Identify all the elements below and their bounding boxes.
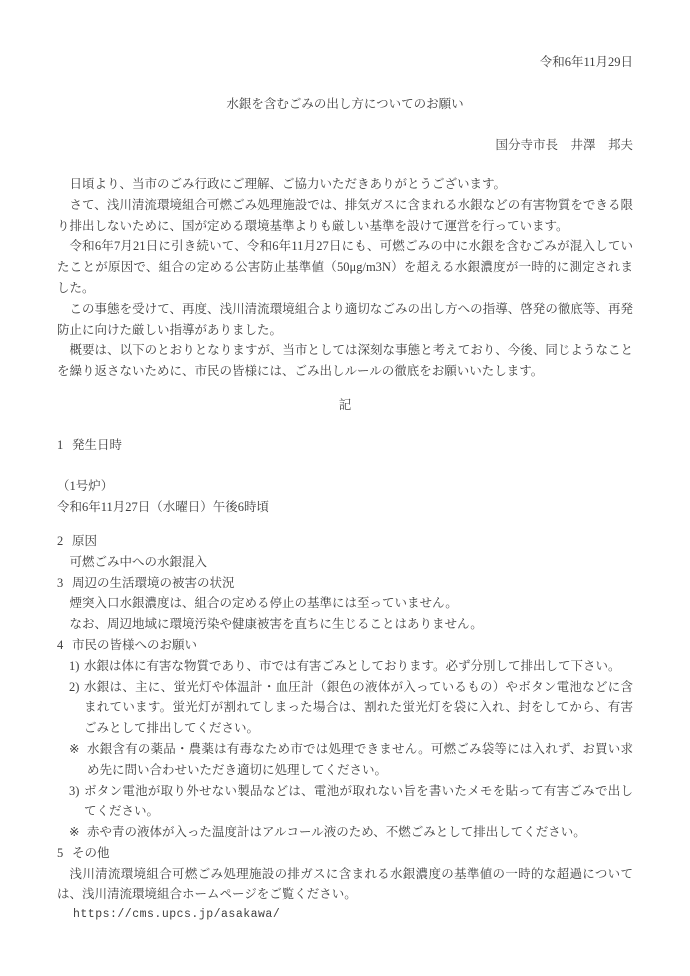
request-item-1: 1) 水銀は体に有害な物質であり、市では有害ごみとしております。必ず分別して排出… [57, 656, 633, 677]
intro-section: 日頃より、当市のごみ行政にご理解、ご協力いただきありがとうございます。 さて、浅… [57, 174, 633, 382]
request-item-3: 3) ボタン電池が取り外せない製品などは、電池が取れない旨を書いたメモを貼って有… [57, 781, 633, 823]
note-item-2-marker: ※ [69, 822, 87, 843]
request-item-2: 2) 水銀は、主に、蛍光灯や体温計・血圧計（銀色の液体が入っているもの）やボタン… [57, 677, 633, 739]
no-health-damage-text: なお、周辺地域に環境汚染や健康被害を直ちに生じることはありません。 [57, 614, 633, 635]
intro-paragraph-1: 日頃より、当市のごみ行政にご理解、ご協力いただきありがとうございます。 [57, 174, 633, 195]
section-5-title: その他 [72, 846, 110, 860]
section-4-title: 市民の皆様へのお願い [72, 638, 197, 652]
notice-body-marker: 記 [57, 395, 633, 416]
itemized-sections: 1発生日時 （1号炉） 令和6年11月27日（水曜日）午後6時頃 2原因 可燃ご… [57, 435, 633, 926]
intro-paragraph-4: この事態を受けて、再度、浅川清流環境組合より適切なごみの出し方への指導、啓発の徹… [57, 299, 633, 341]
section-3-number: 3 [57, 573, 65, 594]
section-1-body: （1号炉） 令和6年11月27日（水曜日）午後6時頃 [57, 476, 633, 518]
cause-text: 可燃ごみ中への水銀混入 [57, 552, 633, 573]
request-item-3-marker: 3) [69, 781, 84, 823]
request-item-1-marker: 1) [69, 656, 84, 677]
org-homepage-url: https://cms.upcs.jp/asakawa/ [57, 905, 633, 926]
section-5-heading: 5その他 [57, 843, 633, 864]
intro-paragraph-5: 概要は、以下のとおりとなりますが、当市としては深刻な事態と考えており、今後、同じ… [57, 340, 633, 382]
other-info-text: 浅川清流環境組合可燃ごみ処理施設の排ガスに含まれる水銀濃度の基準値の一時的な超過… [57, 864, 633, 906]
note-item-1-text: 水銀含有の薬品・農薬は有毒なため市では処理できません。可燃ごみ袋等には入れず、お… [87, 739, 633, 781]
stack-concentration-text: 煙突入口水銀濃度は、組合の定める停止の基準には至っていません。 [57, 593, 633, 614]
section-3-heading: 3周辺の生活環境の被害の状況 [57, 573, 633, 594]
section-4-number: 4 [57, 635, 65, 656]
document-title: 水銀を含むごみの出し方についてのお願い [57, 94, 633, 115]
request-item-1-text: 水銀は体に有害な物質であり、市では有害ごみとしております。必ず分別して排出して下… [84, 656, 633, 677]
section-4-heading: 4市民の皆様へのお願い [57, 635, 633, 656]
section-1-number: 1 [57, 435, 65, 456]
request-item-2-text: 水銀は、主に、蛍光灯や体温計・血圧計（銀色の液体が入っているもの）やボタン電池な… [84, 677, 633, 739]
section-3-title: 周辺の生活環境の被害の状況 [72, 576, 235, 590]
furnace-label: （1号炉） [57, 476, 633, 497]
note-item-2: ※ 赤や青の液体が入った温度計はアルコール液のため、不燃ごみとして排出してくださ… [57, 822, 633, 843]
section-1-title: 発生日時 [72, 438, 122, 452]
incident-datetime: 令和6年11月27日（水曜日）午後6時頃 [57, 497, 633, 518]
section-2-title: 原因 [72, 534, 97, 548]
section-5-body: 浅川清流環境組合可燃ごみ処理施設の排ガスに含まれる水銀濃度の基準値の一時的な超過… [57, 864, 633, 926]
document-date: 令和6年11月29日 [57, 52, 633, 73]
note-item-1: ※ 水銀含有の薬品・農薬は有毒なため市では処理できません。可燃ごみ袋等には入れず… [57, 739, 633, 781]
request-item-3-text: ボタン電池が取り外せない製品などは、電池が取れない旨を書いたメモを貼って有害ごみ… [84, 781, 633, 823]
section-2-heading: 2原因 [57, 531, 633, 552]
document-page: 令和6年11月29日 水銀を含むごみの出し方についてのお願い 国分寺市長 井澤 … [0, 0, 690, 976]
signature-mayor-name: 国分寺市長 井澤 邦夫 [57, 135, 633, 156]
section-4-body: 1) 水銀は体に有害な物質であり、市では有害ごみとしております。必ず分別して排出… [57, 656, 633, 843]
intro-paragraph-3: 令和6年7月21日に引き続いて、令和6年11月27日にも、可燃ごみの中に水銀を含… [57, 236, 633, 298]
section-3-body: 煙突入口水銀濃度は、組合の定める停止の基準には至っていません。 なお、周辺地域に… [57, 593, 633, 635]
section-1-heading: 1発生日時 [57, 435, 633, 456]
section-2-body: 可燃ごみ中への水銀混入 [57, 552, 633, 573]
section-5-number: 5 [57, 843, 65, 864]
note-item-2-text: 赤や青の液体が入った温度計はアルコール液のため、不燃ごみとして排出してください。 [87, 822, 633, 843]
section-2-number: 2 [57, 531, 65, 552]
intro-paragraph-2: さて、浅川清流環境組合可燃ごみ処理施設では、排気ガスに含まれる水銀などの有害物質… [57, 195, 633, 237]
request-item-2-marker: 2) [69, 677, 84, 739]
note-item-1-marker: ※ [69, 739, 87, 781]
